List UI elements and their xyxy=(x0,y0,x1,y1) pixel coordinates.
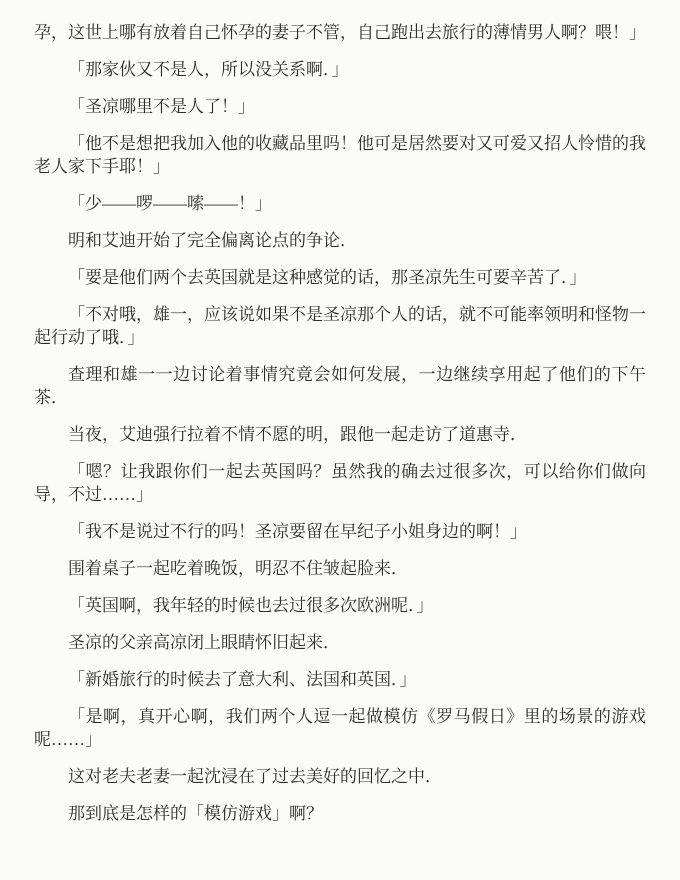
paragraph: 这对老夫老妻一起沈浸在了过去美好的回忆之中． xyxy=(34,765,646,788)
paragraph: 圣凉的父亲高凉闭上眼睛怀旧起来． xyxy=(34,631,646,654)
paragraph-container: 孕，这世上哪有放着自己怀孕的妻子不管，自己跑出去旅行的薄情男人啊？喂！」「那家伙… xyxy=(34,21,646,825)
paragraph: 「是啊，真开心啊，我们两个人逗一起做模仿《罗马假日》里的场景的游戏呢……」 xyxy=(34,705,646,751)
paragraph: 「圣凉哪里不是人了！」 xyxy=(34,95,646,118)
paragraph: 孕，这世上哪有放着自己怀孕的妻子不管，自己跑出去旅行的薄情男人啊？喂！」 xyxy=(34,21,646,44)
document-page: 孕，这世上哪有放着自己怀孕的妻子不管，自己跑出去旅行的薄情男人啊？喂！」「那家伙… xyxy=(0,0,680,880)
paragraph: 「那家伙又不是人，所以没关系啊．」 xyxy=(34,58,646,81)
paragraph: 「他不是想把我加入他的收藏品里吗！他可是居然要对又可爱又招人怜惜的我老人家下手耶… xyxy=(34,132,646,178)
paragraph: 「不对哦，雄一，应该说如果不是圣凉那个人的话，就不可能率领明和怪物一起行动了哦．… xyxy=(34,303,646,349)
paragraph: 「英国啊，我年轻的时候也去过很多次欧洲呢．」 xyxy=(34,594,646,617)
paragraph: 「少——啰——嗦——！」 xyxy=(34,192,646,215)
paragraph: 「新婚旅行的时候去了意大利、法国和英国．」 xyxy=(34,668,646,691)
paragraph: 明和艾迪开始了完全偏离论点的争论． xyxy=(34,229,646,252)
paragraph: 当夜，艾迪强行拉着不情不愿的明，跟他一起走访了道惠寺． xyxy=(34,423,646,446)
paragraph: 「嗯？让我跟你们一起去英国吗？虽然我的确去过很多次，可以给你们做向导，不过……」 xyxy=(34,460,646,506)
paragraph: 「要是他们两个去英国就是这种感觉的话，那圣凉先生可要辛苦了．」 xyxy=(34,266,646,289)
paragraph: 查理和雄一一边讨论着事情究竟会如何发展，一边继续享用起了他们的下午茶． xyxy=(34,363,646,409)
paragraph: 「我不是说过不行的吗！圣凉要留在早纪子小姐身边的啊！」 xyxy=(34,520,646,543)
paragraph: 那到底是怎样的「模仿游戏」啊？ xyxy=(34,802,646,825)
paragraph: 围着桌子一起吃着晚饭，明忍不住皱起脸来． xyxy=(34,557,646,580)
